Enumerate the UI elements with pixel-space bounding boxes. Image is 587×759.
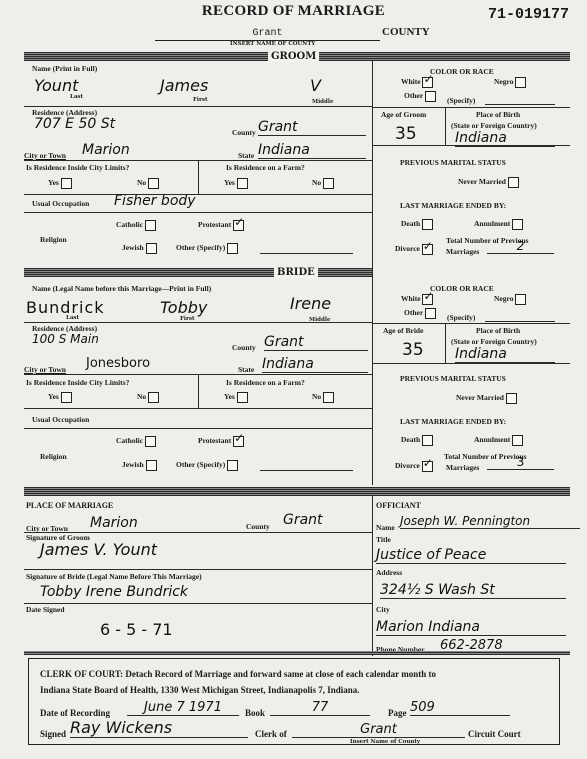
officiant-city: Marion Indiana bbox=[376, 619, 566, 636]
groom-first-label: First bbox=[193, 97, 208, 103]
bride-county: Grant bbox=[264, 334, 368, 351]
groom-never-married-checkbox[interactable] bbox=[508, 177, 519, 188]
bride-city-limits-no-checkbox[interactable] bbox=[148, 392, 159, 403]
bride-jewish-checkbox[interactable] bbox=[146, 460, 157, 471]
bride-column-divider bbox=[372, 267, 373, 485]
clerk-instruction-line1: CLERK OF COURT: Detach Record of Marriag… bbox=[40, 669, 436, 679]
bride-city-limits-no[interactable]: No bbox=[137, 392, 159, 403]
groom-signature: James V. Yount bbox=[40, 540, 157, 559]
groom-religion-catholic[interactable]: Catholic bbox=[116, 220, 156, 231]
bride-death-checkbox[interactable] bbox=[422, 435, 433, 446]
bride-religion-catholic[interactable]: Catholic bbox=[116, 436, 156, 447]
groom-other-race-checkbox[interactable] bbox=[425, 91, 436, 102]
bride-farm-no[interactable]: No bbox=[312, 392, 334, 403]
bride-protestant-checkbox[interactable] bbox=[233, 436, 244, 447]
page-number: 509 bbox=[410, 700, 510, 716]
groom-city-limits-yes-checkbox[interactable] bbox=[61, 178, 72, 189]
recording-date: June 7 1971 bbox=[127, 700, 239, 716]
clerk-of-label: Clerk of bbox=[255, 729, 287, 739]
groom-occupation-label: Usual Occupation bbox=[32, 199, 89, 208]
bride-ended-divorce[interactable]: Divorce bbox=[395, 461, 433, 472]
groom-divorce-checkbox[interactable] bbox=[422, 244, 433, 255]
groom-city-limits-yes[interactable]: Yes bbox=[48, 178, 72, 189]
bride-name-label: Name (Legal Name before this Marriage—Pr… bbox=[32, 284, 211, 293]
date-signed-label: Date Signed bbox=[26, 605, 65, 614]
bride-signature: Tobby Irene Bundrick bbox=[40, 584, 188, 600]
groom-city-limits-no-checkbox[interactable] bbox=[148, 178, 159, 189]
bride-ended-annulment[interactable]: Annulment bbox=[474, 435, 523, 446]
groom-religion-other[interactable]: Other (Specify) bbox=[176, 243, 238, 254]
bride-religion-protestant[interactable]: Protestant bbox=[198, 436, 244, 447]
bride-age-label: Age of Bride bbox=[383, 326, 423, 335]
page-label: Page bbox=[388, 708, 407, 718]
bride-section-label: BRIDE bbox=[274, 267, 318, 278]
groom-city-label: City or Town bbox=[24, 151, 66, 160]
groom-last-name: Yount bbox=[34, 76, 78, 95]
bride-other-race-checkbox[interactable] bbox=[425, 308, 436, 319]
officiant-address-label: Address bbox=[376, 568, 402, 577]
bride-birthplace: Indiana bbox=[455, 346, 555, 363]
groom-last-ended-label: LAST MARRIAGE ENDED BY: bbox=[400, 201, 506, 210]
bride-race-other[interactable]: Other bbox=[404, 308, 436, 319]
clerk-of-sublabel: Insert Name of County bbox=[350, 739, 420, 745]
bride-city-limits-label: Is Residence Inside City Limits? bbox=[26, 378, 129, 387]
bride-state-label: State bbox=[238, 365, 254, 374]
header-county-sublabel: INSERT NAME OF COUNTY bbox=[230, 41, 315, 47]
bride-farm-label: Is Residence on a Farm? bbox=[226, 378, 305, 387]
bride-city: Jonesboro bbox=[86, 356, 150, 371]
groom-city-limits-no[interactable]: No bbox=[137, 178, 159, 189]
bride-race-specify: (Specify) bbox=[447, 313, 475, 322]
groom-county: Grant bbox=[258, 119, 366, 136]
groom-farm-label: Is Residence on a Farm? bbox=[226, 163, 305, 172]
bride-race-white[interactable]: White bbox=[401, 294, 433, 305]
bride-religion-label: Religion bbox=[40, 452, 67, 461]
groom-state-label: State bbox=[238, 151, 254, 160]
officiant-title-label: Title bbox=[376, 535, 391, 544]
groom-protestant-checkbox[interactable] bbox=[233, 220, 244, 231]
groom-middle-name: V bbox=[310, 76, 321, 95]
groom-name-label: Name (Print in Full) bbox=[32, 64, 97, 73]
groom-ended-annulment[interactable]: Annulment bbox=[474, 219, 523, 230]
groom-death-checkbox[interactable] bbox=[422, 219, 433, 230]
groom-religion-protestant[interactable]: Protestant bbox=[198, 220, 244, 231]
bride-birth-sublabel: (State or Foreign Country) bbox=[451, 337, 537, 346]
date-signed: 6 - 5 - 71 bbox=[100, 620, 173, 639]
bride-city-limits-yes[interactable]: Yes bbox=[48, 392, 72, 403]
bride-farm-no-checkbox[interactable] bbox=[323, 392, 334, 403]
signed-label: Signed bbox=[40, 729, 66, 739]
bride-last-label: Last bbox=[66, 315, 79, 321]
groom-ended-divorce[interactable]: Divorce bbox=[395, 244, 433, 255]
groom-religion-jewish[interactable]: Jewish bbox=[122, 243, 157, 254]
clerk-of-county: Grant bbox=[292, 722, 465, 738]
bride-middle-name: Irene bbox=[290, 294, 331, 313]
bride-religion-jewish[interactable]: Jewish bbox=[122, 460, 157, 471]
officiant-name-label: Name bbox=[376, 523, 395, 532]
officiant-section-label: OFFICIANT bbox=[376, 501, 421, 510]
officiant-name: Joseph W. Pennington bbox=[400, 514, 580, 529]
book-number: 77 bbox=[270, 700, 370, 716]
officiant-city-label: City bbox=[376, 605, 390, 614]
groom-farm-yes[interactable]: Yes bbox=[224, 178, 248, 189]
clerk-signature: Ray Wickens bbox=[70, 718, 248, 738]
groom-race-white[interactable]: White bbox=[401, 77, 433, 88]
groom-race-specify: (Specify) bbox=[447, 96, 475, 105]
header-county-field: Grant bbox=[155, 28, 380, 41]
groom-age-label: Age of Groom bbox=[381, 110, 426, 119]
circuit-court-label: Circuit Court bbox=[468, 729, 521, 739]
groom-residence: 707 E 50 St bbox=[34, 116, 115, 132]
bride-divorce-checkbox[interactable] bbox=[422, 461, 433, 472]
groom-column-divider bbox=[372, 61, 373, 267]
place-section-label: PLACE OF MARRIAGE bbox=[26, 501, 113, 510]
bride-race-label: COLOR OR RACE bbox=[430, 284, 494, 293]
bride-section-bar: BRIDE bbox=[24, 268, 372, 277]
place-bottom-bar bbox=[24, 651, 570, 655]
place-county: Grant bbox=[283, 512, 323, 528]
bride-signature-label: Signature of Bride (Legal Name Before Th… bbox=[26, 572, 202, 581]
bride-race-negro[interactable]: Negro bbox=[494, 294, 526, 305]
groom-other-religion-checkbox[interactable] bbox=[227, 243, 238, 254]
groom-birth-sublabel: (State or Foreign Country) bbox=[451, 121, 537, 130]
bride-state: Indiana bbox=[262, 356, 368, 373]
groom-white-checkbox[interactable] bbox=[422, 77, 433, 88]
groom-city-limits-label: Is Residence Inside City Limits? bbox=[26, 163, 129, 172]
bride-occupation-label: Usual Occupation bbox=[32, 415, 89, 424]
bride-annulment-checkbox[interactable] bbox=[512, 435, 523, 446]
bride-city-label: City or Town bbox=[24, 365, 66, 374]
officiant-address: 324½ S Wash St bbox=[380, 582, 566, 599]
bride-ended-death[interactable]: Death bbox=[401, 435, 433, 446]
officiant-title: Justice of Peace bbox=[376, 547, 566, 564]
bride-never-married-checkbox[interactable] bbox=[506, 393, 517, 404]
groom-county-label: County bbox=[232, 128, 256, 137]
groom-annulment-checkbox[interactable] bbox=[512, 219, 523, 230]
book-label: Book bbox=[245, 708, 265, 718]
recording-date-label: Date of Recording bbox=[40, 708, 110, 718]
bride-other-religion-checkbox[interactable] bbox=[227, 460, 238, 471]
bride-birth-label: Place of Birth bbox=[476, 326, 520, 335]
groom-religion-label: Religion bbox=[40, 235, 67, 244]
groom-prev-status-label: PREVIOUS MARITAL STATUS bbox=[400, 158, 506, 167]
bride-residence: 100 S Main bbox=[32, 332, 99, 346]
bride-negro-checkbox[interactable] bbox=[515, 294, 526, 305]
bride-white-checkbox[interactable] bbox=[422, 294, 433, 305]
bride-religion-other[interactable]: Other (Specify) bbox=[176, 460, 238, 471]
bride-never-married[interactable]: Never Married bbox=[456, 393, 517, 404]
bride-farm-yes[interactable]: Yes bbox=[224, 392, 248, 403]
place-city: Marion bbox=[90, 515, 138, 531]
groom-negro-checkbox[interactable] bbox=[515, 77, 526, 88]
document-number: 71-019177 bbox=[488, 6, 569, 23]
groom-city: Marion bbox=[82, 142, 130, 158]
groom-last-label: Last bbox=[70, 94, 83, 100]
groom-race-other[interactable]: Other bbox=[404, 91, 436, 102]
groom-total-prev: 2 bbox=[487, 239, 554, 254]
groom-middle-label: Middle bbox=[312, 99, 333, 105]
bride-farm-yes-checkbox[interactable] bbox=[237, 392, 248, 403]
bride-age: 35 bbox=[402, 340, 424, 360]
groom-birth-label: Place of Birth bbox=[476, 110, 520, 119]
place-county-label: County bbox=[246, 522, 270, 531]
groom-ended-death[interactable]: Death bbox=[401, 219, 433, 230]
place-section-bar bbox=[24, 487, 570, 496]
bride-catholic-checkbox[interactable] bbox=[145, 436, 156, 447]
groom-race-negro[interactable]: Negro bbox=[494, 77, 526, 88]
header-county-label: COUNTY bbox=[382, 26, 430, 38]
groom-state: Indiana bbox=[258, 142, 366, 159]
groom-farm-no[interactable]: No bbox=[312, 178, 334, 189]
bride-first-name: Tobby bbox=[160, 298, 207, 317]
groom-occupation: Fisher body bbox=[114, 193, 196, 209]
groom-jewish-checkbox[interactable] bbox=[146, 243, 157, 254]
groom-farm-yes-checkbox[interactable] bbox=[237, 178, 248, 189]
groom-first-name: James bbox=[160, 76, 208, 95]
groom-marriages-label: Marriages bbox=[446, 247, 479, 256]
groom-section-label: GROOM bbox=[268, 51, 319, 62]
clerk-instruction-line2: Indiana State Board of Health, 1330 West… bbox=[40, 685, 359, 695]
bride-last-ended-label: LAST MARRIAGE ENDED BY: bbox=[400, 417, 506, 426]
groom-section-bar: GROOM bbox=[24, 52, 570, 61]
groom-race-label: COLOR OR RACE bbox=[430, 67, 494, 76]
groom-catholic-checkbox[interactable] bbox=[145, 220, 156, 231]
groom-never-married[interactable]: Never Married bbox=[458, 177, 519, 188]
bride-prev-status-label: PREVIOUS MARITAL STATUS bbox=[400, 374, 506, 383]
groom-farm-no-checkbox[interactable] bbox=[323, 178, 334, 189]
bride-county-label: County bbox=[232, 343, 256, 352]
bride-city-limits-yes-checkbox[interactable] bbox=[61, 392, 72, 403]
groom-age: 35 bbox=[395, 124, 417, 144]
bride-marriages-label: Marriages bbox=[446, 463, 479, 472]
bride-total-prev: 3 bbox=[487, 455, 554, 470]
